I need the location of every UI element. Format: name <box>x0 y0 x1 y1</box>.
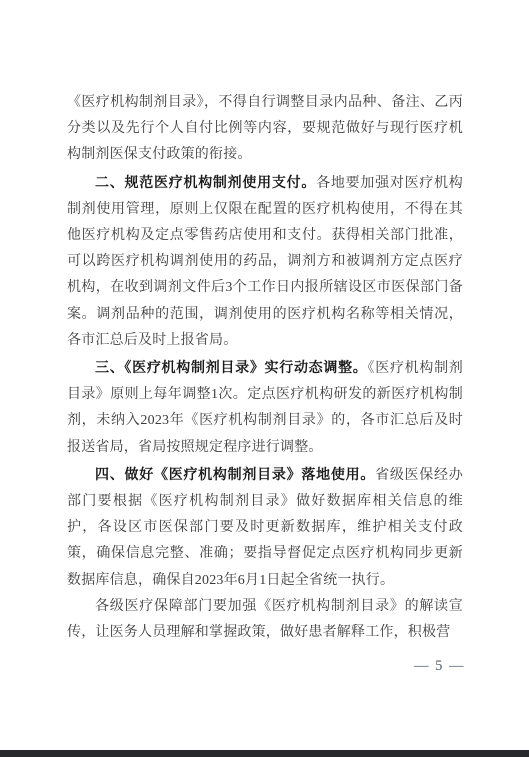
body-text: 《医疗机构制剂目录》，不得自行调整目录内品种、备注、乙丙分类以及先行个人自付比例… <box>67 95 463 162</box>
document-page: 《医疗机构制剂目录》，不得自行调整目录内品种、备注、乙丙分类以及先行个人自付比例… <box>0 0 529 757</box>
body-text: 各地要加强对医疗机构制剂使用管理，原则上仅限在配置的医疗机构使用，不得在其他医疗… <box>67 176 463 348</box>
paragraph: 三、《医疗机构制剂目录》实行动态调整。《医疗机构制剂目录》原则上每年调整1次。定… <box>67 354 463 461</box>
section-heading-text: 三、《医疗机构制剂目录》实行动态调整。 <box>95 359 368 375</box>
section-heading-text: 四、做好《医疗机构制剂目录》落地使用。 <box>95 466 375 482</box>
document-body: 《医疗机构制剂目录》，不得自行调整目录内品种、备注、乙丙分类以及先行个人自付比例… <box>67 90 463 646</box>
paragraph: 四、做好《医疗机构制剂目录》落地使用。省级医保经办部门要根据《医疗机构制剂目录》… <box>67 461 463 594</box>
body-text: 《医疗机构制剂目录》原则上每年调整1次。定点医疗机构研发的新医疗机构制剂，未纳入… <box>67 361 463 455</box>
scan-edge-bar <box>0 750 529 757</box>
paragraph: 二、规范医疗机构制剂使用支付。各地要加强对医疗机构制剂使用管理，原则上仅限在配置… <box>67 169 463 354</box>
body-text: 省级医保经办部门要根据《医疗机构制剂目录》做好数据库相关信息的维护，各设区市医保… <box>67 468 463 588</box>
paragraph: 《医疗机构制剂目录》，不得自行调整目录内品种、备注、乙丙分类以及先行个人自付比例… <box>67 90 463 169</box>
section-heading-text: 二、规范医疗机构制剂使用支付。 <box>95 174 316 190</box>
page-number: — 5 — <box>414 658 465 675</box>
body-text: 各级医疗保障部门要加强《医疗机构制剂目录》的解读宣传，让医务人员理解和掌握政策，… <box>67 599 463 640</box>
paragraph: 各级医疗保障部门要加强《医疗机构制剂目录》的解读宣传，让医务人员理解和掌握政策，… <box>67 594 463 646</box>
